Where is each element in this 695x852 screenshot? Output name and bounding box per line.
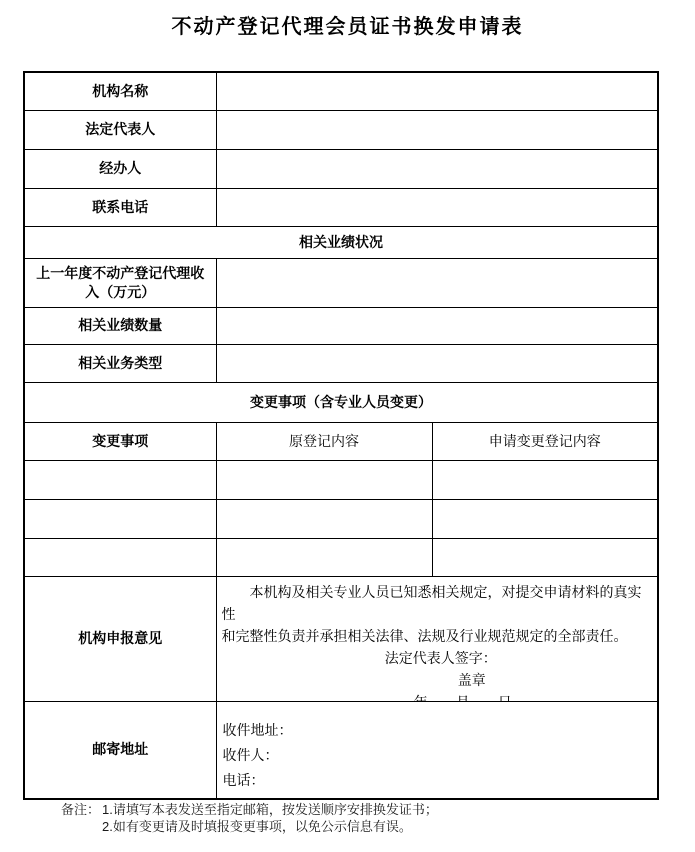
signature-line: 法定代表人签字：	[226, 647, 657, 669]
org-name-input-cell[interactable]	[216, 72, 658, 110]
org-name-label: 机构名称	[24, 72, 216, 110]
contact-phone-input-cell[interactable]	[216, 188, 658, 226]
business-type-label: 相关业务类型	[24, 344, 216, 382]
mailing-label: 邮寄地址	[24, 701, 216, 799]
change-row2-original-cell[interactable]	[216, 499, 432, 538]
handler-label: 经办人	[24, 149, 216, 188]
change-row2-item-cell[interactable]	[24, 499, 216, 538]
note-item-2: 2.如有变更请及时填报变更事项，以免公示信息有误。	[102, 818, 438, 835]
legal-rep-label: 法定代表人	[24, 110, 216, 149]
change-row2-requested-cell[interactable]	[432, 499, 658, 538]
performance-count-label: 相关业绩数量	[24, 307, 216, 344]
change-section-header: 变更事项（含专业人员变更）	[24, 382, 658, 422]
page: { "title": "不动产登记代理会员证书换发申请表", "form": {…	[0, 0, 695, 852]
note-item-1: 1.请填写本表发送至指定邮箱，按发送顺序安排换发证书；	[102, 801, 438, 818]
declaration-statement: 本机构及相关专业人员已知悉相关规定，对提交申请材料的真实性 和完整性负责并承担相…	[222, 581, 653, 647]
performance-count-input-cell[interactable]	[216, 307, 658, 344]
mailing-cell[interactable]: 收件地址： 收件人： 电话：	[216, 701, 658, 799]
performance-section-header: 相关业绩状况	[24, 226, 658, 258]
form-title: 不动产登记代理会员证书换发申请表	[0, 10, 695, 39]
declaration-cell: 本机构及相关专业人员已知悉相关规定，对提交申请材料的真实性 和完整性负责并承担相…	[216, 576, 658, 701]
declaration-label: 机构申报意见	[24, 576, 216, 701]
business-type-input-cell[interactable]	[216, 344, 658, 382]
change-row1-item-cell[interactable]	[24, 460, 216, 499]
change-row1-requested-cell[interactable]	[432, 460, 658, 499]
handler-input-cell[interactable]	[216, 149, 658, 188]
recipient-address-line: 收件地址：	[223, 718, 654, 743]
change-row3-item-cell[interactable]	[24, 538, 216, 576]
seal-line: 盖章	[257, 669, 659, 691]
original-content-column-header: 原登记内容	[216, 422, 432, 460]
recipient-phone-line: 电话：	[223, 768, 654, 793]
application-form-table: 机构名称 法定代表人 经办人 联系电话 相关业绩状况 上一年度不动产登记代理收 …	[23, 71, 659, 800]
change-row3-requested-cell[interactable]	[432, 538, 658, 576]
change-row1-original-cell[interactable]	[216, 460, 432, 499]
footer-notes: 备注： 1.请填写本表发送至指定邮箱，按发送顺序安排换发证书； 2.如有变更请及…	[61, 801, 438, 835]
last-year-income-input-cell[interactable]	[216, 258, 658, 307]
legal-rep-input-cell[interactable]	[216, 110, 658, 149]
change-row3-original-cell[interactable]	[216, 538, 432, 576]
notes-label: 备注：	[61, 801, 100, 835]
recipient-name-line: 收件人：	[223, 743, 654, 768]
last-year-income-label: 上一年度不动产登记代理收 入（万元）	[24, 258, 216, 307]
date-line: 年 月 日	[248, 691, 659, 702]
contact-phone-label: 联系电话	[24, 188, 216, 226]
change-item-column-header: 变更事项	[24, 422, 216, 460]
requested-content-column-header: 申请变更登记内容	[432, 422, 658, 460]
